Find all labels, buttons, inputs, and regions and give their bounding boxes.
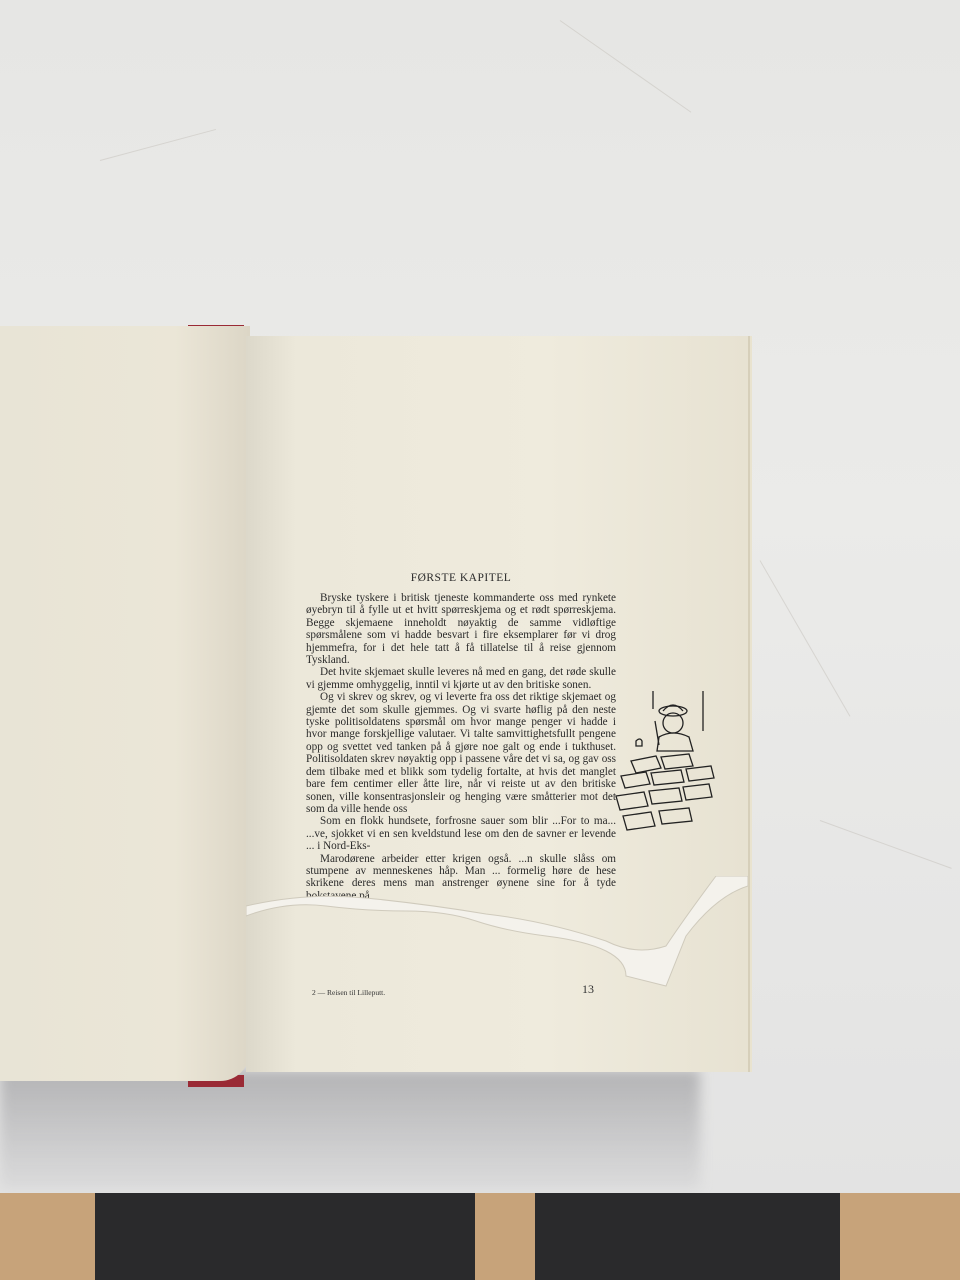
chapter-title: FØRSTE KAPITEL bbox=[306, 572, 616, 584]
paragraph: Bryske tyskere i britisk tjeneste komman… bbox=[306, 592, 616, 666]
paragraph: Og vi skrev og skrev, og vi leverte fra … bbox=[306, 691, 616, 815]
marble-vein bbox=[100, 129, 216, 161]
footer-signature: 2 — Reisen til Lilleputt. bbox=[312, 988, 385, 997]
marble-vein bbox=[560, 20, 692, 113]
page-number: 13 bbox=[582, 982, 594, 997]
paragraph: Som en flokk hundsete, forfrosne sauer s… bbox=[306, 815, 616, 852]
table-leg bbox=[0, 1193, 95, 1280]
table-leg bbox=[475, 1193, 535, 1280]
page-text: FØRSTE KAPITEL Bryske tyskere i britisk … bbox=[306, 572, 616, 902]
paragraph: Marodørene arbeider etter krigen også. .… bbox=[306, 853, 616, 903]
man-writing-illustration-icon bbox=[611, 681, 741, 841]
table-leg bbox=[840, 1193, 960, 1280]
book-shadow bbox=[0, 1070, 700, 1190]
marble-vein bbox=[760, 560, 851, 716]
paragraph: Det hvite skjemaet skulle leveres nå med… bbox=[306, 666, 616, 691]
left-page bbox=[0, 326, 250, 1081]
right-page: FØRSTE KAPITEL Bryske tyskere i britisk … bbox=[246, 336, 748, 1072]
marble-vein bbox=[820, 820, 952, 869]
